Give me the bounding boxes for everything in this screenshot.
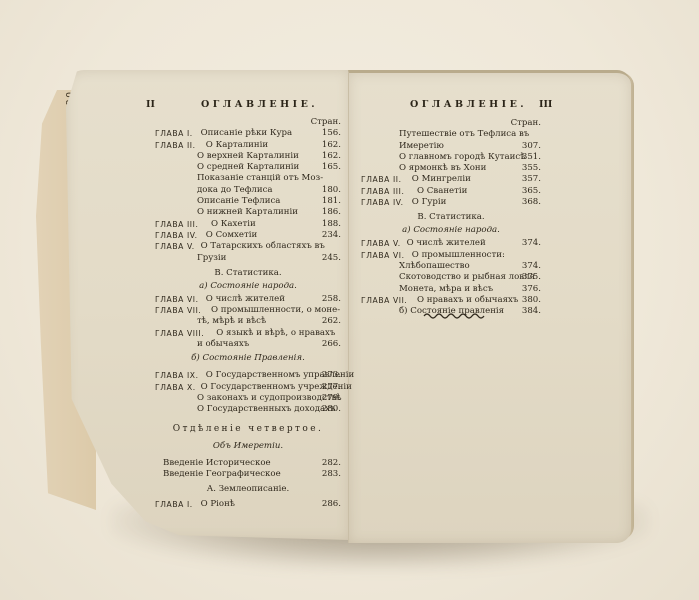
column-label: Стран.	[311, 117, 341, 128]
page-reference: 234.	[322, 230, 341, 241]
entry-title: Грузіи	[197, 253, 226, 264]
page-reference: 355.	[522, 163, 541, 174]
chapter-label: ГЛАВА III.	[155, 219, 199, 230]
page-reference: 262.	[322, 316, 341, 327]
chapter-label: ГЛАВА IV.	[155, 230, 198, 241]
page-reference: 162.	[322, 140, 341, 151]
toc-entry: ГЛАВА VI.О числѣ жителей258.	[155, 294, 341, 305]
column-label: Стран.	[511, 118, 541, 129]
chapter-label: ГЛАВА I.	[155, 499, 193, 510]
toc-entry: ГЛАВА V.О числѣ жителей374.	[361, 238, 541, 249]
subsection-heading: а) Состояніе народа.	[361, 225, 541, 238]
page-reference: 375.	[522, 272, 541, 283]
entry-title: тѣ, мѣрѣ и вѣсѣ	[197, 316, 266, 327]
entry-title: О языкѣ и вѣрѣ, о нравахъ	[216, 328, 335, 339]
entry-title: Показаніе станцій отъ Моз-	[197, 173, 323, 184]
entry-title: О Сванетіи	[417, 186, 467, 197]
left-page-header: ОГЛАВЛЕНІЕ.	[201, 99, 318, 110]
toc-entry: О главномъ городѣ Кутаисѣ351.	[361, 152, 541, 163]
toc-entry: ГЛАВА II.О Карталиніи162.	[155, 140, 341, 151]
chapter-label: ГЛАВА IV.	[361, 197, 404, 208]
toc-entry: ГЛАВА I.Описаніе рѣки Кура156.	[155, 128, 341, 139]
entry-title: О промышленности:	[412, 250, 505, 261]
page-reference: 357.	[522, 174, 541, 185]
entry-title: О числѣ жителей	[206, 294, 285, 305]
entry-title: Путешествіе отъ Тефлиса въ	[399, 129, 529, 140]
entry-title: О ярмонкѣ въ Хони	[399, 163, 486, 174]
entry-title: О Кахетіи	[211, 219, 256, 230]
toc-entry: Имеретію307.	[361, 141, 541, 152]
page-reference: 368.	[522, 197, 541, 208]
chapter-label: ГЛАВА V.	[361, 238, 401, 249]
right-page-number: III	[539, 99, 552, 110]
chapter-label: ГЛАВА VIII.	[155, 328, 204, 339]
page-reference: 374.	[522, 261, 541, 272]
entry-title: Скотоводство и рыбная ловля	[399, 272, 535, 283]
chapter-label: ГЛАВА VII.	[155, 305, 201, 316]
toc-entry: ГЛАВА VIII.О языкѣ и вѣрѣ, о нравахъ	[155, 328, 341, 339]
entry-title: Монета, мѣра и вѣсъ	[399, 284, 493, 295]
right-page-header: ОГЛАВЛЕНІЕ.	[410, 99, 527, 110]
subsection-heading: б) Состояніе Правленія.	[155, 353, 341, 366]
entry-title: Описаніе Тефлиса	[197, 196, 280, 207]
entry-title: О Карталиніи	[206, 140, 268, 151]
toc-entry: Описаніе Тефлиса181.	[155, 196, 341, 207]
section-heading: В. Статистика.	[361, 212, 541, 225]
entry-title: Введеніе Географическое	[163, 469, 281, 480]
toc-entry: Скотоводство и рыбная ловля375.	[361, 272, 541, 283]
chapter-label: ГЛАВА I.	[155, 128, 193, 139]
toc-entry: ГЛАВА III.О Кахетіи188.	[155, 219, 341, 230]
page-reference: 165.	[322, 162, 341, 173]
entry-title: О Государственныхъ доходахъ	[197, 404, 335, 415]
entry-title: О законахъ и судопроизводствѣ	[197, 393, 342, 404]
page-reference: 384.	[522, 306, 541, 317]
chapter-label: ГЛАВА III.	[361, 186, 405, 197]
entry-title: О числѣ жителей	[407, 238, 486, 249]
toc-entry: ГЛАВА VI.О промышленности:	[361, 250, 541, 261]
toc-entry: О Государственныхъ доходахъ280.	[155, 404, 341, 415]
chapter-label: ГЛАВА II.	[361, 174, 402, 185]
page-reference: 376.	[522, 284, 541, 295]
page-reference: 279.	[322, 393, 341, 404]
page-reference: 181.	[322, 196, 341, 207]
wavy-rule-ornament-icon	[423, 311, 485, 319]
page-reference: 258.	[322, 294, 341, 305]
toc-entry: ГЛАВА III.О Сванетіи365.	[361, 186, 541, 197]
toc-entry: Хлѣбопашество374.	[361, 261, 541, 272]
entry-title: О Ріонѣ	[201, 499, 235, 510]
page-reference: 156.	[322, 128, 341, 139]
page-reference: 374.	[522, 238, 541, 249]
toc-entry: ГЛАВА X.О Государственномъ учрежденіи277…	[155, 382, 341, 393]
page-reference: 286.	[322, 499, 341, 510]
toc-entry: Введеніе Географическое283.	[155, 469, 341, 480]
right-toc: Стран. Путешествіе отъ Тефлиса въИмереті…	[361, 118, 541, 317]
entry-title: О Мингреліи	[412, 174, 471, 185]
page-reference: 283.	[322, 469, 341, 480]
part-subheading: Объ Имеретіи.	[155, 441, 341, 454]
chapter-label: ГЛАВА VII.	[361, 295, 407, 306]
toc-entry: Путешествіе отъ Тефлиса въ	[361, 129, 541, 140]
toc-entry: ГЛАВА II.О Мингреліи357.	[361, 174, 541, 185]
entry-title: и обычаяхъ	[197, 339, 249, 350]
entry-title: О Сомхетіи	[206, 230, 257, 241]
entry-title: дока до Тефлиса	[197, 185, 273, 196]
entry-title: О нравахъ и обычаяхъ	[417, 295, 518, 306]
entry-title: О нижней Карталиніи	[197, 207, 298, 218]
page-reference: 162.	[322, 151, 341, 162]
page-reference: 365.	[522, 186, 541, 197]
toc-entry: О верхней Карталиніи162.	[155, 151, 341, 162]
subsection-heading: а) Состояніе народа.	[155, 281, 341, 294]
toc-entry: дока до Тефлиса180.	[155, 185, 341, 196]
page-reference: 307.	[522, 141, 541, 152]
toc-entry: ГЛАВА I.О Ріонѣ286.	[155, 499, 341, 510]
toc-entry: О средней Карталиніи165.	[155, 162, 341, 173]
entry-title: О средней Карталиніи	[197, 162, 299, 173]
page-reference: 277.	[322, 382, 341, 393]
entry-title: О Татарскихъ областяхъ въ	[201, 241, 325, 252]
entry-title: Введеніе Историческое	[163, 458, 271, 469]
toc-entry: Грузіи245.	[155, 253, 341, 264]
page-reference: 282.	[322, 458, 341, 469]
toc-entry: О законахъ и судопроизводствѣ279.	[155, 393, 341, 404]
chapter-label: ГЛАВА X.	[155, 382, 196, 393]
page-reference: 273.	[322, 370, 341, 381]
toc-entry: тѣ, мѣрѣ и вѣсѣ262.	[155, 316, 341, 327]
left-page-number: II	[146, 99, 155, 110]
entry-title: О верхней Карталиніи	[197, 151, 299, 162]
toc-entry: Показаніе станцій отъ Моз-	[155, 173, 341, 184]
page-reference: 245.	[322, 253, 341, 264]
page-reference: 188.	[322, 219, 341, 230]
chapter-label: ГЛАВА II.	[155, 140, 196, 151]
chapter-label: ГЛАВА VI.	[155, 294, 199, 305]
toc-entry: ГЛАВА VII.О промышленности, о моне-	[155, 305, 341, 316]
page-reference: 351.	[522, 152, 541, 163]
toc-entry: Монета, мѣра и вѣсъ376.	[361, 284, 541, 295]
entry-title: О промышленности, о моне-	[211, 305, 340, 316]
page-reference: 280.	[322, 404, 341, 415]
toc-entry: О ярмонкѣ въ Хони355.	[361, 163, 541, 174]
toc-entry: ГЛАВА IV.О Гуріи368.	[361, 197, 541, 208]
entry-title: Описаніе рѣки Кура	[201, 128, 293, 139]
chapter-label: ГЛАВА IX.	[155, 370, 199, 381]
toc-entry: О нижней Карталиніи186.	[155, 207, 341, 218]
toc-entry: Введеніе Историческое282.	[155, 458, 341, 469]
toc-entry: и обычаяхъ266.	[155, 339, 341, 350]
entry-title: Хлѣбопашество	[399, 261, 470, 272]
page-reference: 266.	[322, 339, 341, 350]
page-reference: 180.	[322, 185, 341, 196]
chapter-label: ГЛАВА V.	[155, 241, 195, 252]
page-reference: 380.	[522, 295, 541, 306]
toc-entry: ГЛАВА VII.О нравахъ и обычаяхъ380.	[361, 295, 541, 306]
toc-entry: ГЛАВА IV.О Сомхетіи234.	[155, 230, 341, 241]
section-heading: В. Статистика.	[155, 268, 341, 281]
entry-title: Имеретію	[399, 141, 444, 152]
left-toc: Стран. ГЛАВА I.Описаніе рѣки Кура156.ГЛА…	[155, 117, 341, 510]
page-reference: 186.	[322, 207, 341, 218]
toc-entry: ГЛАВА V.О Татарскихъ областяхъ въ	[155, 241, 341, 252]
entry-title: О Гуріи	[412, 197, 447, 208]
chapter-label: ГЛАВА VI.	[361, 250, 405, 261]
toc-entry: ГЛАВА IX.О Государственномъ управленіи27…	[155, 370, 341, 381]
section-heading: А. Землеописаніе.	[155, 484, 341, 497]
entry-title: О главномъ городѣ Кутаисѣ	[399, 152, 525, 163]
part-heading: Отдѣленіе четвертое.	[155, 424, 341, 439]
